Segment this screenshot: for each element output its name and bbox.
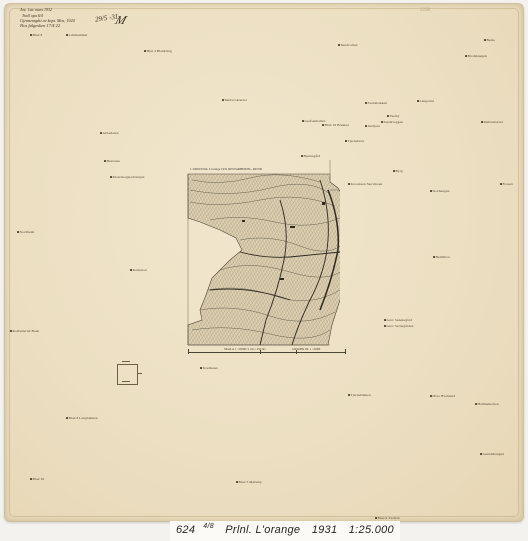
place-marker-icon [10,330,12,332]
place-marker-icon [484,39,486,41]
pencil-number: 2298 [420,8,430,13]
place-name-label: Kolbøtterud Boen [10,330,39,334]
inset-title: 1:10000 Prlnl. L'orange 1931 RESTARBEIDS… [190,167,263,171]
place-name-label: Gørudshaugen [480,453,504,457]
place-marker-icon [430,395,432,397]
place-name-label: Blad 6 Tveitan [375,517,400,521]
place-marker-icon [104,160,106,162]
place-name-label: Strømsnes [200,367,218,371]
place-marker-icon [384,319,386,321]
sheet-fraction: 4/8 [203,523,214,530]
place-name-label: Grev Sernegården [384,325,413,329]
place-marker-icon [393,170,395,172]
place-name-label: Tjernsbakken [348,394,371,398]
place-marker-icon [144,50,146,52]
sheet-number: 624 [176,524,195,536]
handwritten-note-line-1: Ant. 1ste mars 1932 [20,8,52,12]
scale-bar [188,352,346,353]
place-marker-icon [433,256,435,258]
place-marker-icon [348,183,350,185]
scale-bar-tick [296,350,297,354]
handwritten-note-line-4: Hos følgesken 17/4 22 [20,24,60,29]
scale-bar-tick [345,349,346,354]
place-marker-icon [481,121,483,123]
place-marker-icon [365,102,367,104]
year-label: 1931 [312,524,338,536]
place-name-label: Grev Søndergård [384,319,412,323]
place-marker-icon [475,403,477,405]
place-marker-icon [500,183,502,185]
place-marker-icon [345,140,347,142]
place-name-label: Langerud [417,100,434,104]
place-name-label: Blad 10 [30,478,44,482]
place-name-label: Sandsveggen [381,121,403,125]
place-name-label: Sundvollen [338,44,357,48]
place-name-label: Holmenkollen [475,403,499,407]
index-box-tick-bottom [122,381,130,382]
place-name-label: Blad 8 [30,34,42,38]
topographic-inset-map: 1:10000 Prlnl. L'orange 1931 RESTARBEIDS… [180,160,340,350]
place-marker-icon [66,34,68,36]
place-marker-icon [384,325,386,327]
place-name-label: Skiltsvokterset [222,99,247,103]
place-name-label: Øvre Hvalsund [430,395,455,399]
place-marker-icon [365,125,367,127]
place-marker-icon [301,155,303,157]
place-marker-icon [465,55,467,57]
scale-bar-tick [260,350,261,354]
place-marker-icon [302,120,304,122]
place-name-label: Lillehammer [66,34,88,38]
place-name-label: Vestby [387,115,400,119]
place-name-label: Hjul 4 Blankring [144,50,172,54]
place-name-label: Bølse [484,39,495,43]
place-marker-icon [222,99,224,101]
place-marker-icon [375,517,377,519]
place-marker-icon [110,176,112,178]
place-marker-icon [417,100,419,102]
place-name-label: Hestenes [104,160,120,164]
place-marker-icon [387,115,389,117]
place-name-label: Krosstuen Skovmoen [348,183,382,187]
place-name-label: Aurtjern [365,125,380,129]
place-name-label: Heimbrot [433,256,450,260]
place-name-label: Grefsenhallen [302,120,325,124]
place-marker-icon [17,231,19,233]
place-name-label: Fossen [500,183,513,187]
place-marker-icon [66,417,68,419]
place-marker-icon [200,367,202,369]
place-marker-icon [430,190,432,192]
place-marker-icon [338,44,340,46]
scale-label: 1:25.000 [349,524,394,536]
place-name-label: Blodshaugen [465,55,487,59]
place-marker-icon [130,269,132,271]
place-marker-icon [30,34,32,36]
place-name-label: Blad 10 Brekker [322,124,349,128]
place-marker-icon [100,132,102,134]
place-name-label: Nordheim [17,231,35,235]
place-marker-icon [236,481,238,483]
catalog-label: 6244/8 Prlnl. L'orange 1931 1:25.000 [176,523,402,536]
place-name-label: Mellomsæter [481,121,503,125]
place-name-label: Abbedalen [100,132,119,136]
place-name-label: Blad 8 Langbakken [66,417,98,421]
place-name-label: Kattestad [130,269,147,273]
place-name-label: Bjørnegård [301,155,320,159]
place-name-label: Tjernshavn [345,140,364,144]
place-marker-icon [480,453,482,455]
scale-bar-tick [188,349,189,354]
place-name-label: Kleivskogstadvangen [110,176,145,180]
place-name-label: Blad 5 Mølleby [236,481,262,485]
place-name-label: Byrg [393,170,403,174]
place-marker-icon [381,121,383,123]
place-marker-icon [30,478,32,480]
place-marker-icon [348,394,350,396]
place-name-label: Svensbakken [365,102,387,106]
index-box-tick-top [122,361,130,362]
index-box-tick-right [137,373,142,374]
place-name-label: Storhaugen [430,190,449,194]
author-label: Prlnl. L'orange [225,524,300,536]
place-marker-icon [322,124,324,126]
